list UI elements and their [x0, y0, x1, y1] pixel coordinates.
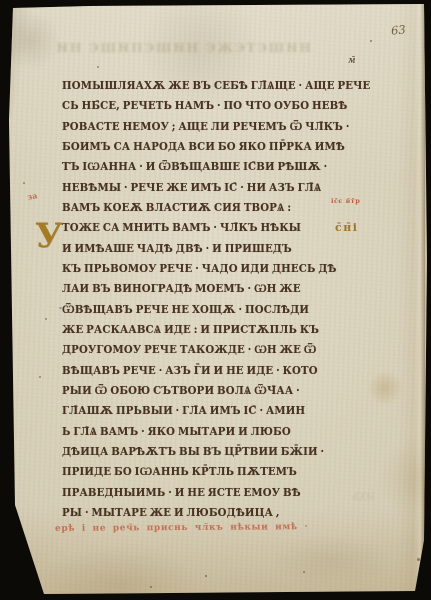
manuscript-text-line: праведныимь · и не ясте емоу вѣ	[62, 485, 301, 499]
text-block: помышляахѫ же въ себѣ гл̄ѧще · аще речес…	[0, 0, 431, 600]
manuscript-text-line: вѣщавъ рече · азъ г̄и и не иде · кото	[62, 363, 318, 377]
initial-letter-che: У	[35, 219, 63, 253]
manuscript-text-line: тоже са мнить вамъ · чл̄къ нѣкы	[62, 220, 301, 234]
manuscript-text-line: вамъ коеѫ властиѫ сия творѧ :	[62, 200, 291, 214]
manuscript-text-line: невѣмы · рече же имъ іс̄ · ни азъ гл̄ѧ	[62, 180, 321, 194]
manuscript-text-line: боимъ са народа вси бо яко пр̄рка имѣ	[62, 139, 345, 153]
manuscript-text-line: и имѣаше чадѣ двѣ · и пришедъ	[62, 241, 292, 255]
manuscript-text-line: сь нб̄се, речеть намъ · по что оубо невѣ	[62, 98, 347, 112]
manuscript-text-line: ровасте немоу ; аще ли речемъ ѿ чл̄къ ·	[62, 119, 350, 133]
manuscript-text-line: же раскаавсѧ иде : и пристѫпль къ	[62, 322, 319, 336]
show-through-fragment: ихь	[352, 492, 375, 503]
manuscript-text-line: рыи ѿ обою сътвори волѧ ѿч̄аа ·	[62, 383, 300, 397]
manuscript-text-line: тъ іѡанна · и ѿвѣщавше іс̄ви рѣшѫ ·	[62, 159, 327, 173]
rubric-line: ерѣ і не реч̄ь приснь чл̄къ нѣкыи имѣ ·	[55, 522, 308, 534]
manuscript-text-line: ь гл̄ѧ вамъ · яко мытари и любо	[62, 424, 291, 438]
margin-note-red: іс̄є в̄т̄р	[331, 197, 360, 205]
margin-note-gold-number: с̄н̄і	[335, 221, 358, 234]
manuscript-text-line: лаи въ виноградѣ моемъ · ѡн же	[62, 281, 301, 295]
manuscript-text-line: ѿвѣщавъ рече не хощѫ · послѣди	[62, 302, 309, 316]
superscript-abbreviation: м̄	[348, 56, 355, 66]
manuscript-text-line: пріиде бо іѡаннь кр̄тль пѫтемъ	[62, 464, 297, 478]
manuscript-text-line: помышляахѫ же въ себѣ гл̄ѧще · аще рече	[62, 78, 370, 92]
manuscript-page: нишєтєжє нишєпишє ни 63 помышляахѫ же въ…	[0, 0, 431, 600]
manuscript-text-line: дѣица варѣѫтъ вы въ цр̄твии бж̄іи ·	[62, 444, 324, 458]
photo-canvas: нишєтєжє нишєпишє ни 63 помышляахѫ же въ…	[0, 0, 431, 600]
manuscript-text-line: ры · мытаре же и любодѣица ,	[62, 505, 280, 519]
margin-note-zachalo: за	[26, 190, 38, 202]
manuscript-text-line: гл̄ашѫ прьвыи · гл̄а имъ іс̄ · амин	[62, 403, 305, 417]
manuscript-text-line: дроугомоу рече такожде · ѡн же ѿ	[62, 342, 317, 356]
manuscript-text-line: къ прьвомоу рече · чадо иди днесь дѣ	[62, 261, 337, 275]
